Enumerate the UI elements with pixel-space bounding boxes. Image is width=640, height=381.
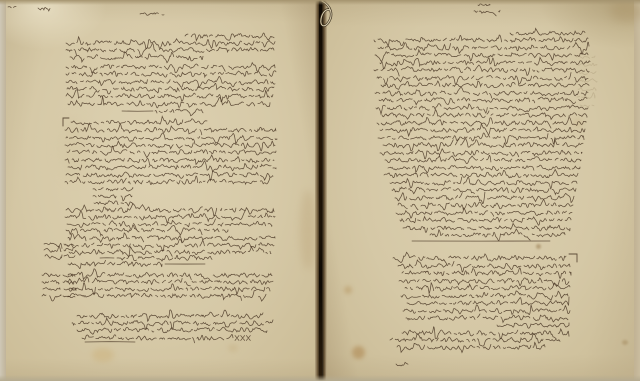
- book-right-page-edges: [633, 0, 640, 381]
- binding-gutter: [315, 0, 327, 381]
- right-page: [326, 0, 634, 381]
- manuscript-scan: [0, 0, 640, 381]
- left-page: [6, 0, 317, 381]
